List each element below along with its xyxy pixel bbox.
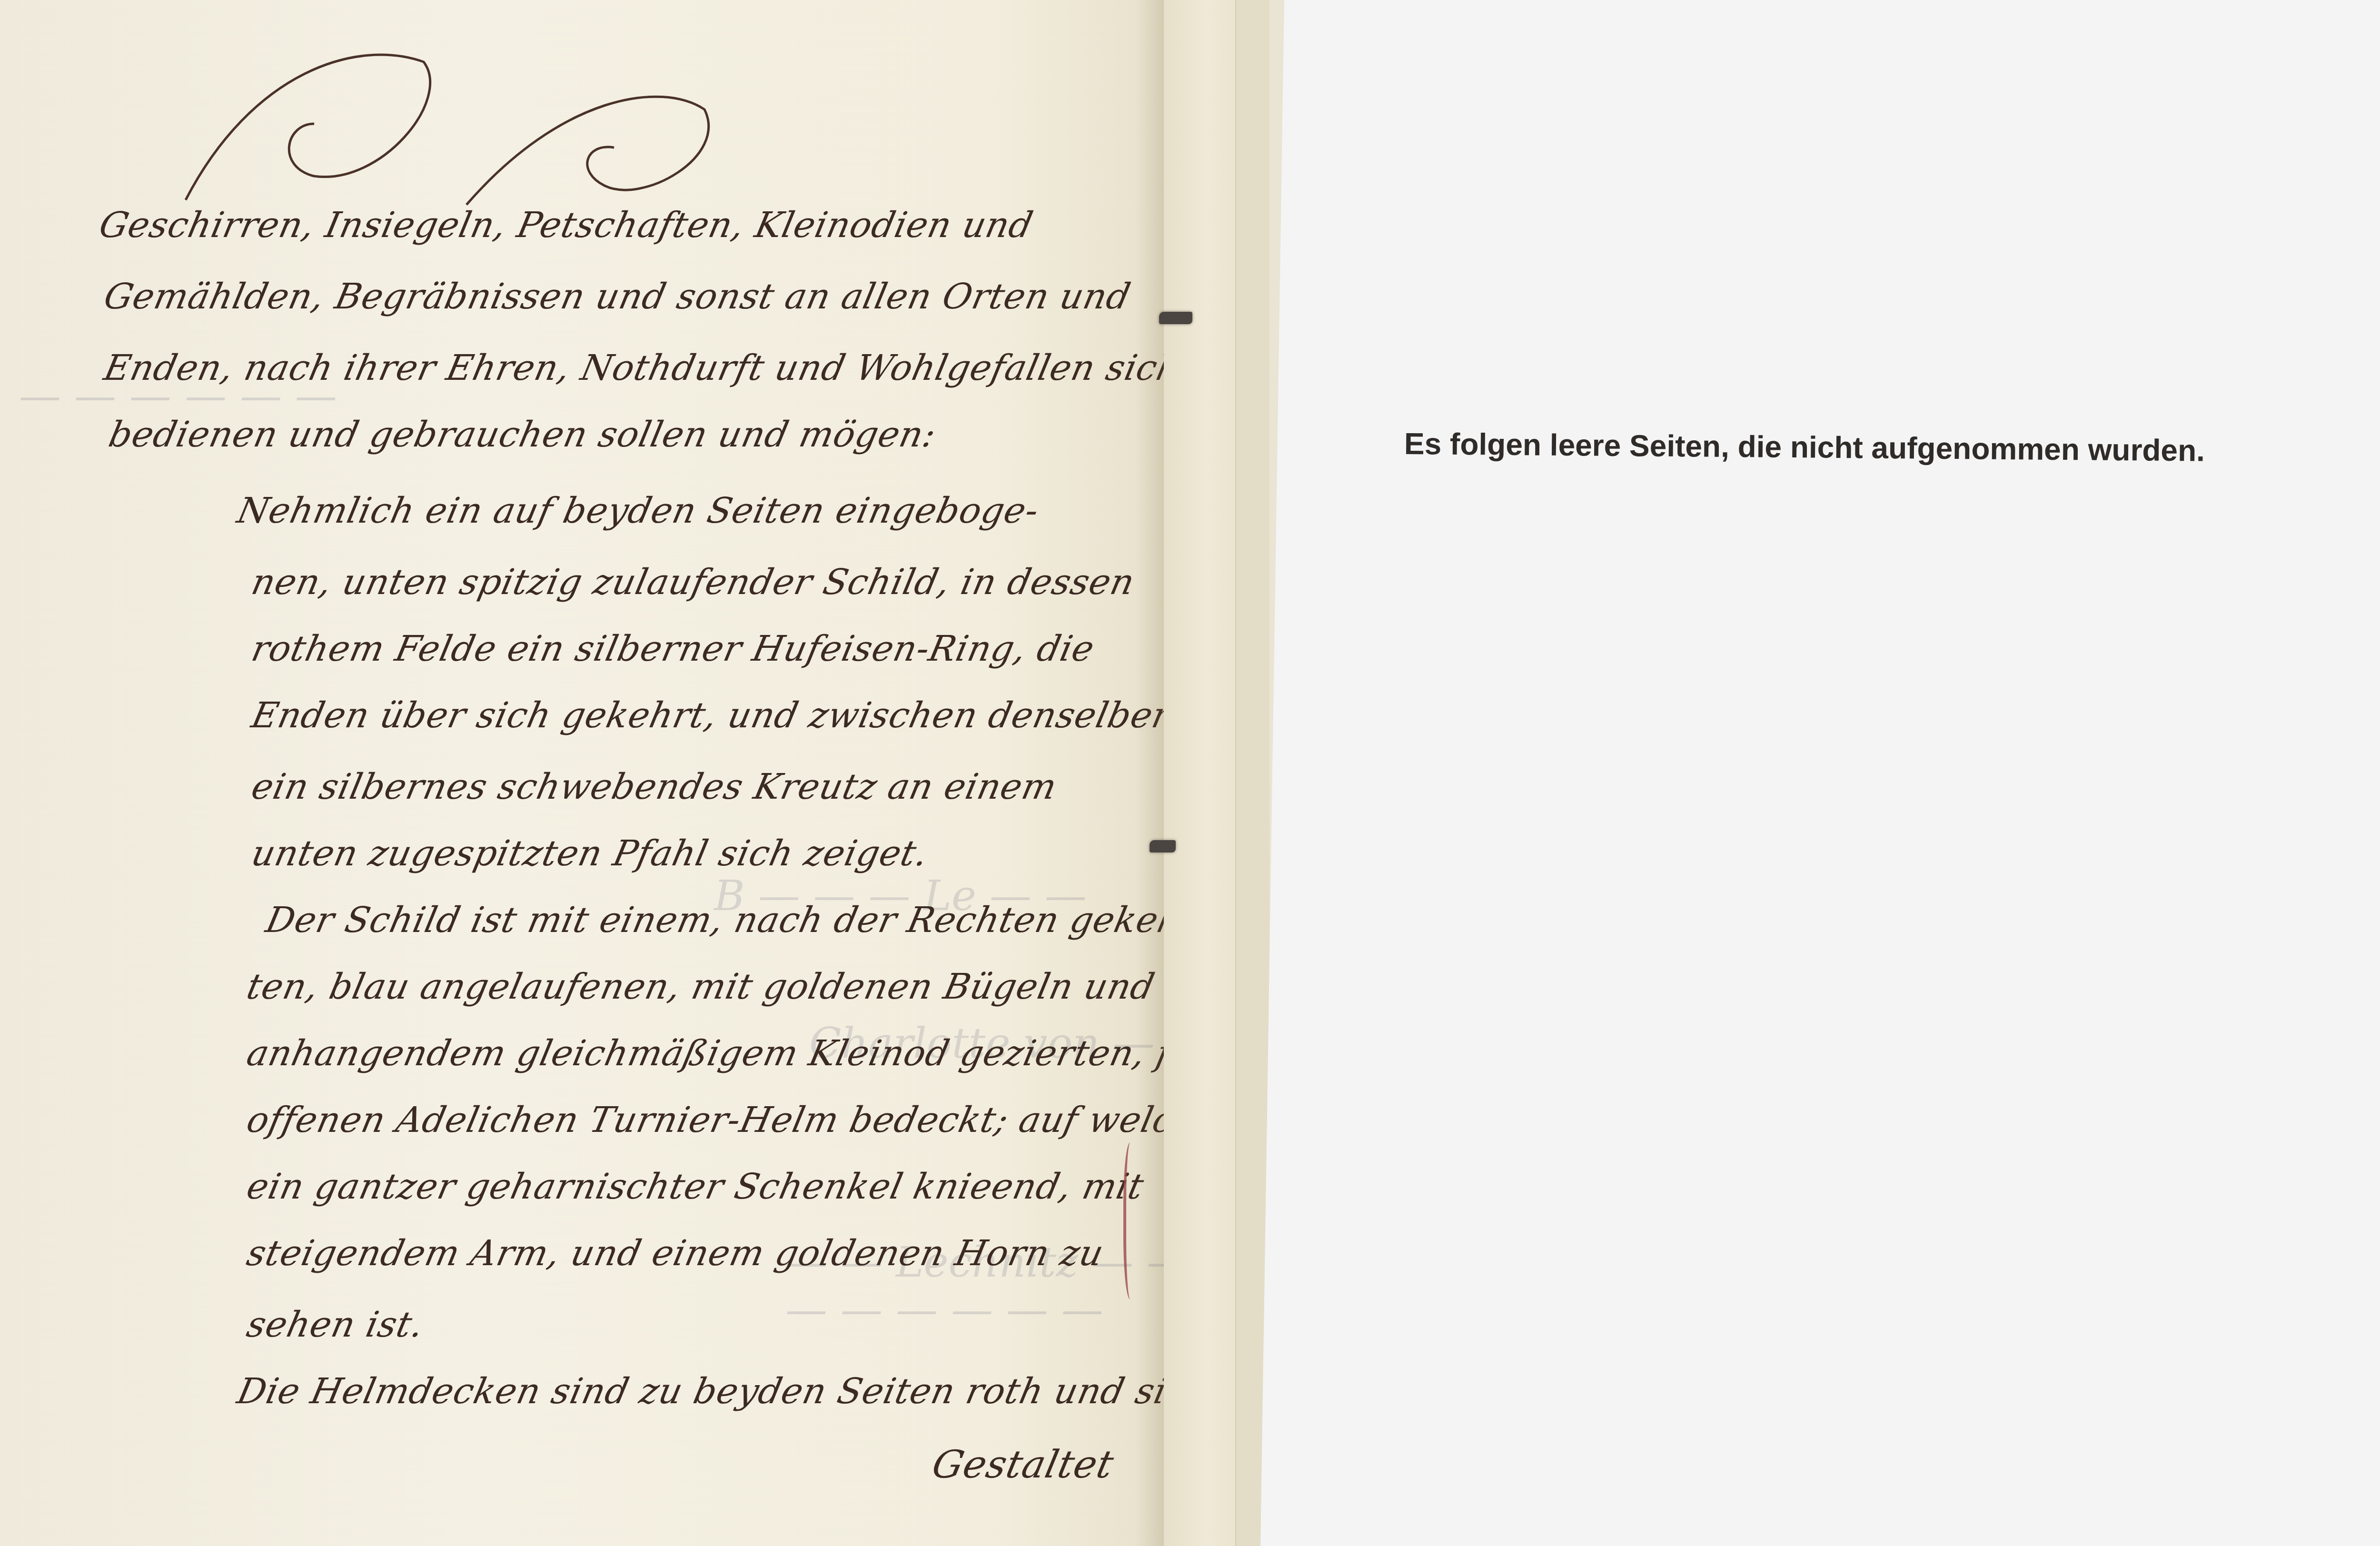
hand-line: Enden über sich gekehrt, und zwischen de… — [248, 695, 1180, 736]
hand-line: Geschirren, Insiegeln, Petschaften, Klei… — [96, 205, 1037, 246]
hand-line: sehen ist. — [243, 1304, 428, 1345]
hand-line: Die Helmdecken sind zu beyden Seiten rot… — [234, 1371, 1279, 1412]
hand-line: unten zugespitzten Pfahl sich zeiget. — [248, 833, 932, 874]
blank-insert-sheet — [1260, 0, 2380, 1546]
hand-line: ten, blau angelaufenen, mit goldenen Büg… — [243, 966, 1159, 1007]
binding-staple — [1159, 312, 1192, 324]
hand-line: steigendem Arm, und einem goldenen Horn … — [243, 1233, 1108, 1274]
red-binding-thread — [1123, 1142, 1140, 1299]
hand-line: offenen Adelichen Turnier-Helm bedeckt; … — [243, 1100, 1256, 1140]
insert-notice-text: Es folgen leere Seiten, die nicht aufgen… — [1404, 426, 2205, 468]
hand-line: rothem Felde ein silberner Hufeisen-Ring… — [248, 628, 1098, 669]
hand-line: nen, unten spitzig zulaufender Schild, i… — [248, 562, 1139, 603]
binding-staple — [1150, 840, 1176, 852]
handwritten-text-block: Geschirren, Insiegeln, Petschaften, Klei… — [0, 0, 1164, 1546]
hand-line: Nehmlich ein auf beyden Seiten eingeboge… — [234, 490, 1042, 531]
binding-gutter — [1164, 0, 1235, 1546]
signature: Gestaltet — [928, 1442, 1118, 1487]
hand-line: anhangendem gleichmäßigem Kleinod gezier… — [243, 1033, 1234, 1074]
scanned-document-spread: — — — — — — B — — — Le — — Charlotte von… — [0, 0, 2380, 1546]
hand-line: Enden, nach ihrer Ehren, Nothdurft und W… — [100, 347, 1185, 388]
hand-line: ein silbernes schwebendes Kreutz an eine… — [248, 766, 1061, 807]
hand-line: bedienen und gebrauchen sollen und mögen… — [105, 414, 940, 455]
hand-line: Der Schild ist mit einem, nach der Recht… — [262, 900, 1215, 941]
hand-line: ein gantzer geharnischter Schenkel kniee… — [243, 1166, 1148, 1207]
handwritten-page-left: — — — — — — B — — — Le — — Charlotte von… — [0, 0, 1164, 1546]
hand-line: Gemählden, Begräbnissen und sonst an all… — [100, 276, 1134, 317]
